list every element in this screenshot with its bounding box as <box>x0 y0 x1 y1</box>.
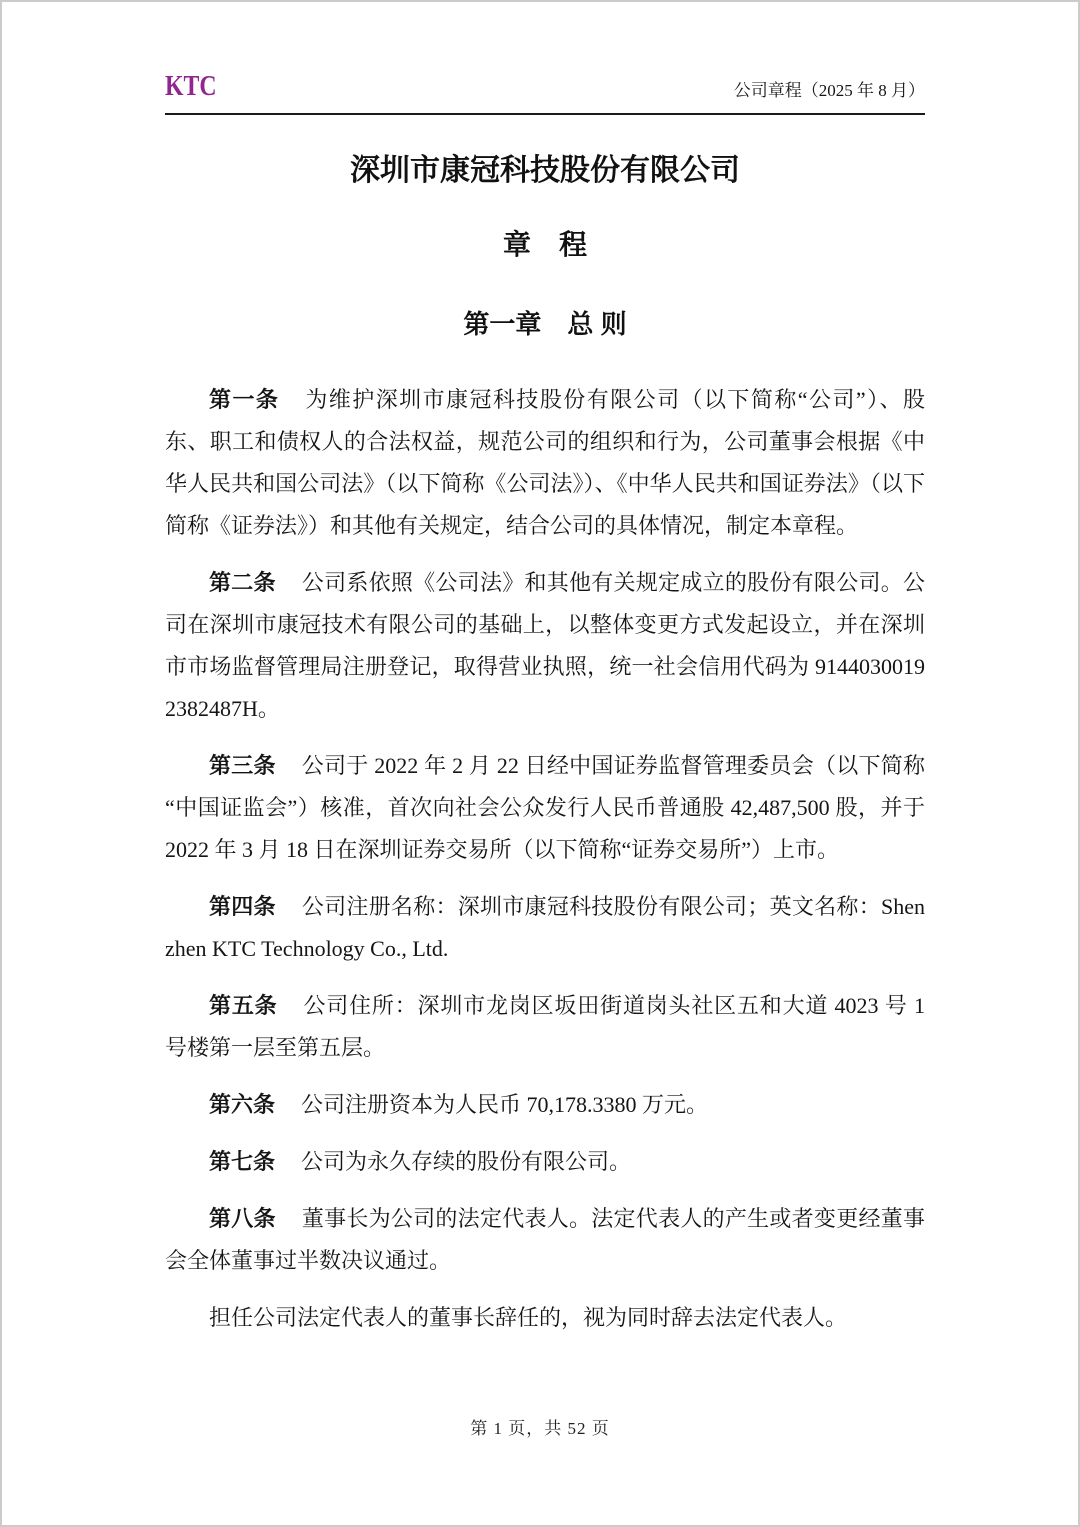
article-text: 公司系依照《公司法》和其他有关规定成立的股份有限公司。公司在深圳市康冠技术有限公… <box>165 570 925 721</box>
article-number: 第四条 <box>209 894 276 919</box>
article-number: 第八条 <box>209 1206 276 1231</box>
article-paragraph: 第四条公司注册名称：深圳市康冠科技股份有限公司；英文名称：Shenzhen KT… <box>165 886 925 970</box>
article-number: 第一条 <box>209 387 279 412</box>
article-paragraph: 担任公司法定代表人的董事长辞任的，视为同时辞去法定代表人。 <box>165 1297 925 1339</box>
article-paragraph: 第三条公司于 2022 年 2 月 22 日经中国证券监督管理委员会（以下简称“… <box>165 745 925 871</box>
article-number: 第六条 <box>209 1092 275 1117</box>
doc-version-label: 公司章程（2025 年 8 月） <box>734 82 925 101</box>
article-paragraph: 第八条董事长为公司的法定代表人。法定代表人的产生或者变更经董事会全体董事过半数决… <box>165 1198 925 1282</box>
document-page: KTC 公司章程（2025 年 8 月） 深圳市康冠科技股份有限公司 章 程 第… <box>0 0 1080 1527</box>
articles-section: 第一条为维护深圳市康冠科技股份有限公司（以下简称“公司”）、股东、职工和债权人的… <box>165 379 925 1339</box>
article-number: 第七条 <box>209 1149 275 1174</box>
article-number: 第五条 <box>209 993 277 1018</box>
article-text: 公司为永久存续的股份有限公司。 <box>301 1149 631 1174</box>
article-paragraph: 第二条公司系依照《公司法》和其他有关规定成立的股份有限公司。公司在深圳市康冠技术… <box>165 562 925 730</box>
article-paragraph: 第七条公司为永久存续的股份有限公司。 <box>165 1141 925 1183</box>
article-number: 第二条 <box>209 570 276 595</box>
company-title: 深圳市康冠科技股份有限公司 <box>165 153 925 189</box>
page-header: KTC 公司章程（2025 年 8 月） <box>165 2 925 101</box>
article-text: 为维护深圳市康冠科技股份有限公司（以下简称“公司”）、股东、职工和债权人的合法权… <box>165 387 925 538</box>
header-rule <box>165 113 925 115</box>
chapter-heading: 第一章 总 则 <box>165 309 925 340</box>
article-text: 公司注册名称：深圳市康冠科技股份有限公司；英文名称：Shenzhen KTC T… <box>165 894 925 961</box>
article-paragraph: 第一条为维护深圳市康冠科技股份有限公司（以下简称“公司”）、股东、职工和债权人的… <box>165 379 925 547</box>
article-number: 第三条 <box>209 753 276 778</box>
article-text: 公司住所：深圳市龙岗区坂田街道岗头社区五和大道 4023 号 1 号楼第一层至第… <box>165 993 925 1060</box>
ktc-logo: KTC <box>165 72 217 101</box>
article-text: 公司于 2022 年 2 月 22 日经中国证券监督管理委员会（以下简称“中国证… <box>165 753 925 862</box>
article-text: 董事长为公司的法定代表人。法定代表人的产生或者变更经董事会全体董事过半数决议通过… <box>165 1206 925 1273</box>
charter-title: 章 程 <box>165 229 925 261</box>
article-text: 担任公司法定代表人的董事长辞任的，视为同时辞去法定代表人。 <box>209 1305 847 1330</box>
article-text: 公司注册资本为人民币 70,178.3380 万元。 <box>301 1092 708 1117</box>
page-footer: 第 1 页，共 52 页 <box>2 1414 1078 1439</box>
article-paragraph: 第六条公司注册资本为人民币 70,178.3380 万元。 <box>165 1084 925 1126</box>
article-paragraph: 第五条公司住所：深圳市龙岗区坂田街道岗头社区五和大道 4023 号 1 号楼第一… <box>165 985 925 1069</box>
